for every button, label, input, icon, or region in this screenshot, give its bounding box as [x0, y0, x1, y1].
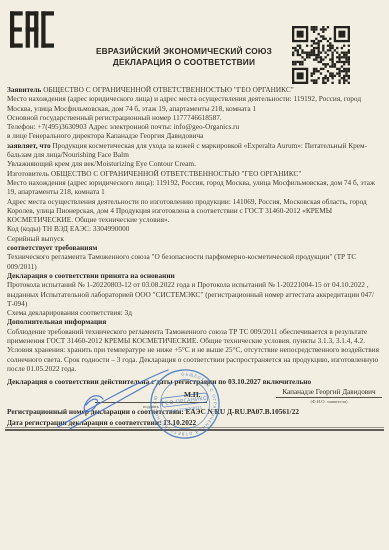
- paragraph: заявляет, что Продукция косметическая дл…: [7, 141, 382, 160]
- field-value: Основной государственный регистрационный…: [7, 113, 222, 122]
- body-text: Заявитель ОБЩЕСТВО С ОГРАНИЧЕННОЙ ОТВЕТС…: [7, 85, 382, 373]
- paragraph: в лице Генерального директора Капанадзе …: [7, 131, 382, 140]
- signature-stroke: [52, 363, 182, 433]
- field-value: Протокола испытаний № 1-20220803-12 от 0…: [7, 280, 374, 308]
- field-value: Схема декларирования соответствия: 3д: [7, 308, 132, 317]
- field-value: Место нахождения (адрес юридического лиц…: [7, 94, 361, 112]
- field-value: Продукция косметическая для ухода за кож…: [7, 141, 367, 159]
- paragraph: Заявитель ОБЩЕСТВО С ОГРАНИЧЕННОЙ ОТВЕТС…: [7, 85, 382, 94]
- field-value: Код (коды) ТН ВЭД ЕАЭС: 3304990000: [7, 224, 129, 233]
- applicant-name: Капанадзе Георгий Давидович: [276, 388, 382, 398]
- field-label: Заявитель: [7, 85, 41, 94]
- paragraph: Схема декларирования соответствия: 3д: [7, 308, 382, 317]
- paragraph: Увлажняющий крем для век/Moisturizing Ey…: [7, 159, 382, 168]
- page-title: ЕВРАЗИЙСКИЙ ЭКОНОМИЧЕСКИЙ СОЮЗ: [68, 46, 300, 57]
- field-value: Увлажняющий крем для век/Moisturizing Ey…: [7, 159, 196, 168]
- stamp-place-label: М.П.: [184, 390, 200, 399]
- paragraph: Адрес места осуществления деятельности п…: [7, 197, 382, 225]
- paragraph: соответствует требованиям: [7, 243, 382, 252]
- paragraph: Технического регламента Таможенного союз…: [7, 252, 382, 271]
- paragraph: Основной государственный регистрационный…: [7, 113, 382, 122]
- field-value: Изготовитель ОБЩЕСТВО С ОГРАНИЧЕННОЙ ОТВ…: [7, 169, 301, 178]
- applicant-name-caption: (Ф.И.О. заявителя): [276, 399, 382, 404]
- eac-logo: [10, 11, 54, 48]
- field-label: заявляет, что: [7, 141, 51, 150]
- field-value: Адрес места осуществления деятельности п…: [7, 197, 367, 225]
- declaration-document: ЕВРАЗИЙСКИЙ ЭКОНОМИЧЕСКИЙ СОЮЗ ДЕКЛАРАЦИ…: [0, 0, 389, 550]
- field-value: Телефон: +7(495)3630903 Адрес электронно…: [7, 122, 239, 131]
- page-subtitle: ДЕКЛАРАЦИЯ О СООТВЕТСТВИИ: [68, 57, 300, 68]
- paragraph: Место нахождения (адрес юридического лиц…: [7, 178, 382, 197]
- paragraph: Изготовитель ОБЩЕСТВО С ОГРАНИЧЕННОЙ ОТВ…: [7, 169, 382, 178]
- field-value: в лице Генерального директора Капанадзе …: [7, 131, 203, 140]
- paragraph: Серийный выпуск: [7, 234, 382, 243]
- field-label: соответствует требованиям: [7, 243, 97, 252]
- field-label: Декларация о соответствии принята на осн…: [7, 271, 175, 280]
- paragraph: Декларация о соответствии принята на осн…: [7, 271, 382, 280]
- field-value: Технического регламента Таможенного союз…: [7, 252, 356, 270]
- qr-code: [292, 26, 350, 84]
- paragraph: Протокола испытаний № 1-20220803-12 от 0…: [7, 280, 382, 308]
- paragraph: Код (коды) ТН ВЭД ЕАЭС: 3304990000: [7, 224, 382, 233]
- paragraph: Телефон: +7(495)3630903 Адрес электронно…: [7, 122, 382, 131]
- field-value: Место нахождения (адрес юридического лиц…: [7, 178, 375, 196]
- document-header: ЕВРАЗИЙСКИЙ ЭКОНОМИЧЕСКИЙ СОЮЗ ДЕКЛАРАЦИ…: [68, 46, 300, 68]
- field-label: Дополнительная информация: [7, 317, 106, 326]
- paragraph: Дополнительная информация: [7, 317, 382, 326]
- paragraph: Место нахождения (адрес юридического лиц…: [7, 94, 382, 113]
- field-value: ОБЩЕСТВО С ОГРАНИЧЕННОЙ ОТВЕТСТВЕННОСТЬЮ…: [41, 85, 293, 94]
- field-value: Серийный выпуск: [7, 234, 64, 243]
